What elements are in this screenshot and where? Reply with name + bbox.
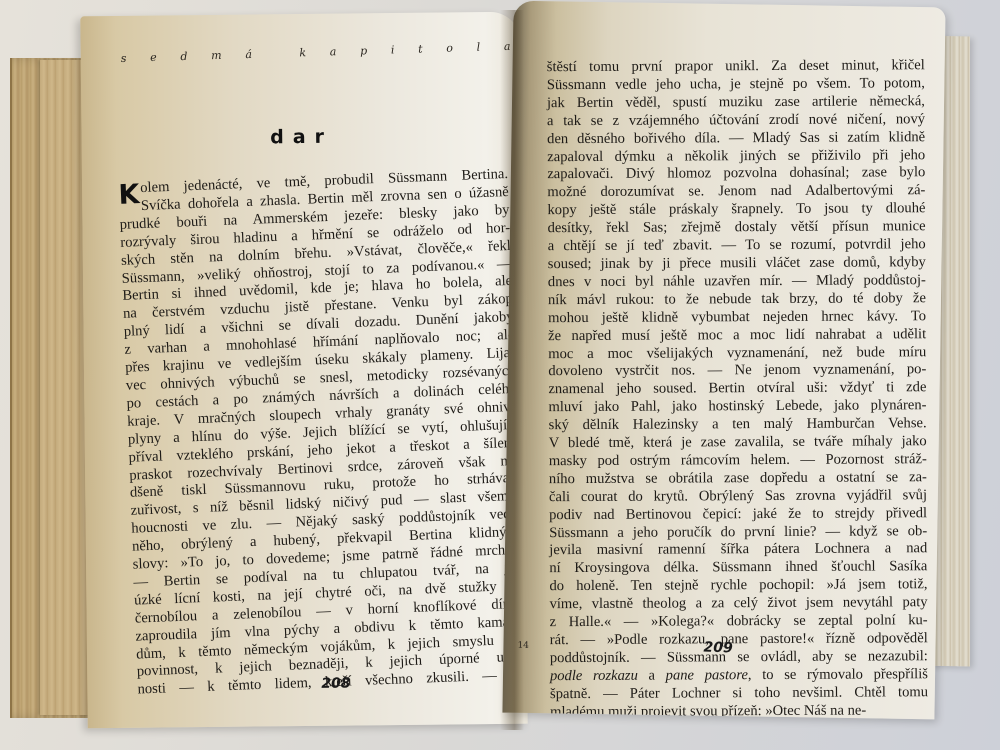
text-fragment: , to se rýmovalo přespříliš xyxy=(748,666,928,683)
text-line: ník mávl rukou: to že nebude tak brzy, d… xyxy=(548,290,926,310)
text-line: mluví jako Pahl, jako hostinský Lebede, … xyxy=(548,397,926,417)
text-line: ního mužstva se obrátila zase dopředu a … xyxy=(549,469,927,489)
running-head-letter: o xyxy=(446,42,453,55)
text-line: mohou ještě klidně vybumbat nejeden hrne… xyxy=(548,308,926,328)
drop-cap: K xyxy=(118,186,140,205)
chapter-title: dar xyxy=(81,124,521,151)
text-line: rát. — »Podle rozkazu, pane pastore!« ří… xyxy=(550,630,928,650)
left-page: sedmákapitola dar K olem jedenácté, ve t… xyxy=(80,12,527,729)
text-line: moc a moc všelijakých vyznamenání, než b… xyxy=(548,344,926,364)
text-line: podiv nad Bertinovou čepicí: jaké že to … xyxy=(549,505,927,525)
italic-phrase: pane pastore xyxy=(666,667,748,683)
text-line: soused; jinak by ji přece musili vláčet … xyxy=(548,254,926,274)
text-line: V bledé tmě, která je zase zavalila, se … xyxy=(549,433,927,453)
italic-phrase: podle rozkazu xyxy=(550,668,638,684)
right-page: štěstí tomu první prapor unikl. Za deset… xyxy=(502,1,945,720)
text-line: a chtějí se jí teď zbavit. — To se rozum… xyxy=(548,236,926,256)
text-line: víme, vlastně theolog a za celý život js… xyxy=(550,594,928,614)
text-line: zapaloval dýmku a několik jiných se přiž… xyxy=(547,147,925,167)
text-line: ní Kroysingova délka. Süssmann ihned šťo… xyxy=(549,559,927,579)
text-line: dnes v noci byl náhle uzavřen mír. — Mla… xyxy=(548,272,926,292)
right-page-body: štěstí tomu první prapor unikl. Za deset… xyxy=(547,57,928,719)
running-head: sedmákapitola xyxy=(121,40,511,65)
running-head-letter: l xyxy=(476,41,480,54)
running-head-letter: k xyxy=(299,46,306,59)
text-line: podle rozkazu a pane pastore, to se rýmo… xyxy=(550,666,928,686)
running-head-letter: a xyxy=(330,45,337,58)
running-head-letter: m xyxy=(211,49,222,62)
text-line: štěstí tomu první prapor unikl. Za deset… xyxy=(547,57,925,77)
page-number-left: 208 xyxy=(321,676,350,692)
text-fragment: a xyxy=(638,667,666,683)
text-line: z Halle.« — »Kolega?« dobrácky se zeptal… xyxy=(550,612,928,632)
running-head-letter: d xyxy=(180,50,187,63)
text-line: Süssmann vedle jeho ucha, je stejně po v… xyxy=(547,75,925,95)
text-line: jevila masivní ramenní šířka pátera Loch… xyxy=(549,541,927,561)
text-line: znamenal jeho soused. Bertin otvíral uši… xyxy=(548,380,926,400)
text-line: masky pod ostrým rámcovím helem. — Pozor… xyxy=(549,451,927,471)
text-line: poddůstojník. — Süssmann se ovládl, aby … xyxy=(550,648,928,668)
book-gutter xyxy=(500,10,524,730)
text-line: možné dorozumívat se. Jenom nad Adalbert… xyxy=(547,183,925,203)
text-line: a tak se z vzájemného účtování zrodí nov… xyxy=(547,111,925,131)
left-page-body: K olem jedenácté, ve tmě, probudil Süssm… xyxy=(118,166,528,700)
text-line: že napřed musí ještě moc a moc lidí nahr… xyxy=(548,326,926,346)
running-head-letter: e xyxy=(150,51,157,64)
text-line: desítky, řekl Sas; zřejmě dostaly větší … xyxy=(548,218,926,238)
running-head-letter: s xyxy=(121,52,127,65)
text-line: den děsného bořivého díla. — Mladý Sas s… xyxy=(547,129,925,149)
running-head-letter: i xyxy=(391,43,395,56)
running-head-letter: á xyxy=(245,48,252,61)
text-line: jak Bertin věděl, spustí muziku zase art… xyxy=(547,93,925,113)
running-head-letter: p xyxy=(360,44,367,57)
running-head-letter: t xyxy=(418,43,423,56)
text-line: zapalovači. Divý hlomoz pozvolna dohasín… xyxy=(547,165,925,185)
text-line: čali courat do krytů. Obrýlený Sas zrovn… xyxy=(549,487,927,507)
text-line: kopy ještě stále práskaly šrapnely. To j… xyxy=(547,200,925,220)
text-line: do holeně. Ten stejně rychle pochopil: »… xyxy=(549,576,927,596)
text-line: dovoleno vystrčit nos. — Ne jenom vyznam… xyxy=(548,362,926,382)
text-line: Süssmann a jeho poručík do první linie? … xyxy=(549,523,927,543)
text-line: ský dělník Halezinsky a ten malý Hamburč… xyxy=(549,415,927,435)
text-line: špatně. — Páter Lochner si toho nevšiml.… xyxy=(550,684,928,704)
page-number-right: 209 xyxy=(703,639,733,656)
